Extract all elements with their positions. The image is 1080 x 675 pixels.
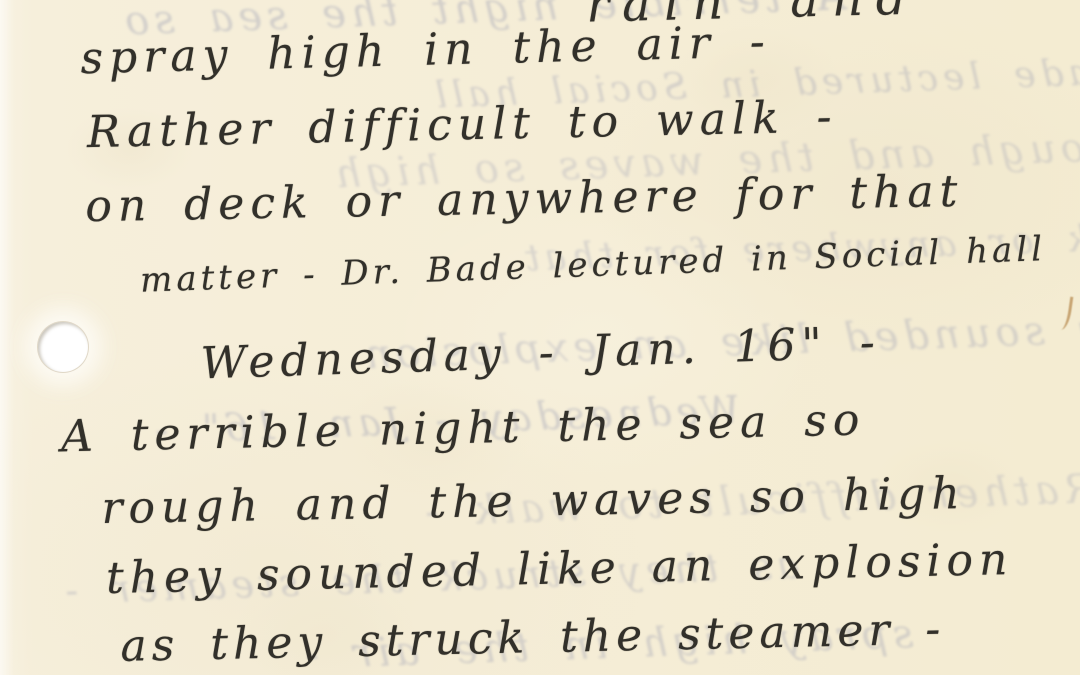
handwritten-diary-page-scan: A terrible night the sea so matter - Dr.… [0,0,1080,675]
manuscript-line-3: Rather difficult to walk - [86,91,838,158]
manuscript-line-4: on deck or anywhere for that [85,166,964,232]
punch-hole [38,322,88,372]
manuscript-line-9: they sounded like an explosion [105,534,1013,604]
manuscript-line-8: rough and the waves so high [101,468,966,534]
manuscript-line-6-date-heading: Wednesday - Jan. 16" - [200,317,881,389]
handwriting-layer: rain and spray high in the air - Rather … [0,0,1080,675]
manuscript-line-10: as they struck the steamer - [120,604,946,672]
manuscript-line-2: spray high in the air - [80,16,771,84]
manuscript-line-7: A terrible night the sea so [61,395,866,463]
manuscript-line-5: matter - Dr. Bade lectured in Social hal… [139,229,1046,301]
